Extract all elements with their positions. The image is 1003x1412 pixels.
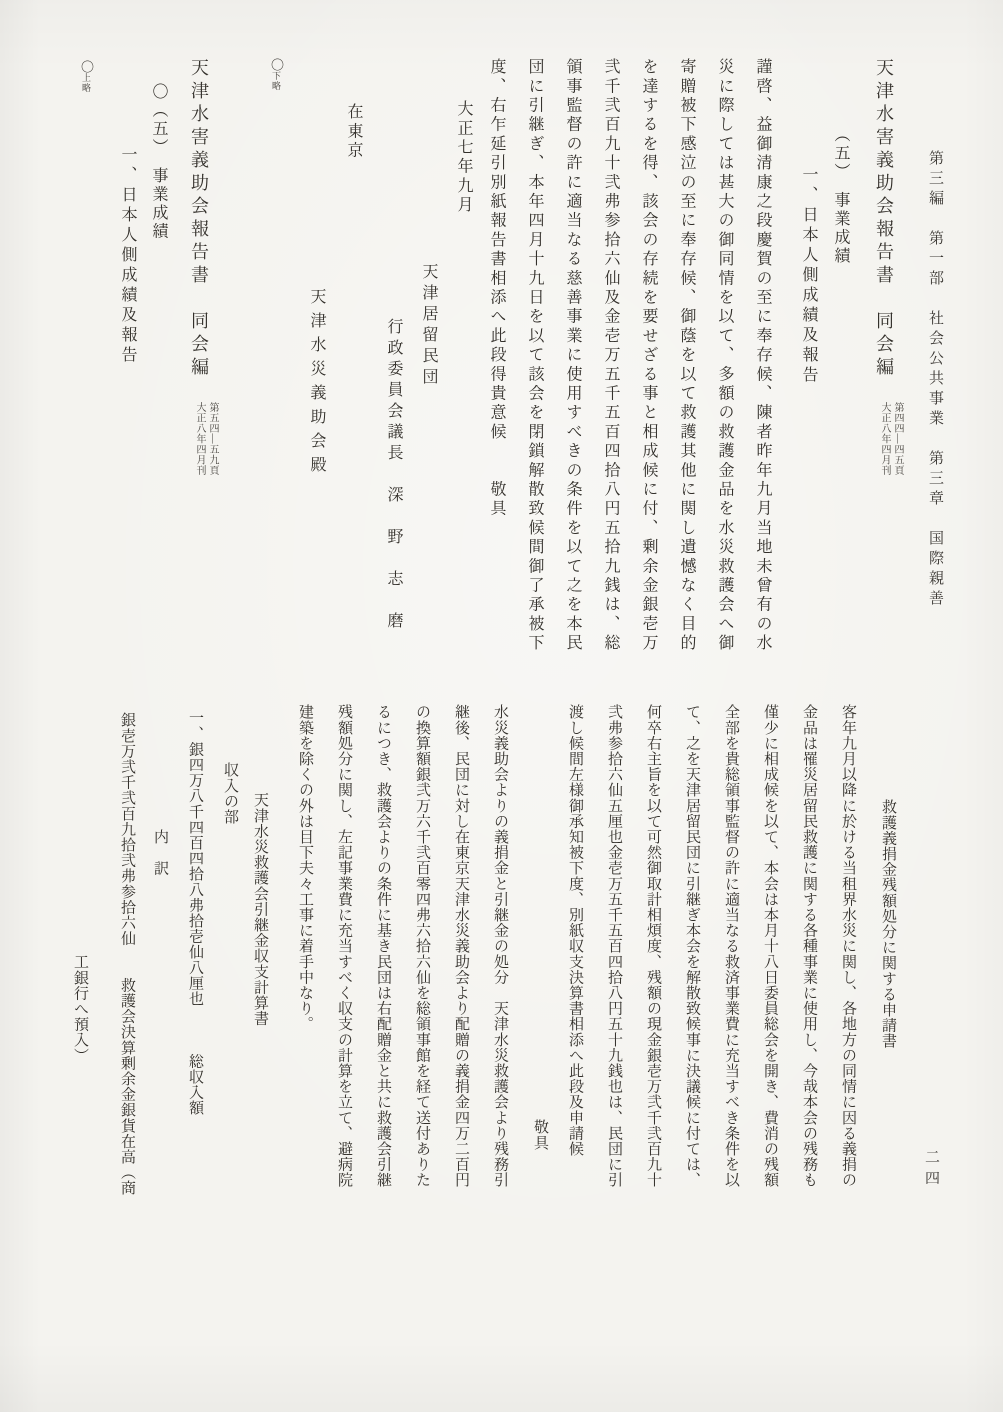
omission-label: 上略 xyxy=(81,73,91,93)
report-source-note-2: 第五四—五九頁 大正八年四月刊 xyxy=(193,402,219,476)
report-source-date-2: 大正八年四月刊 xyxy=(193,402,206,476)
application-body-line: 客年九月以降に於ける当租界水災に関し、各地方の同情に因る義捐の xyxy=(837,704,858,1264)
letter-body-line: 団に引継ぎ、本年四月十九日を以て該会を閉鎖解散致候間御了承被下 xyxy=(523,58,545,664)
report-title-text-2: 天津水害義助会報告書 同会編 xyxy=(189,58,209,380)
report-source-title: 天津水害義助会報告書 同会編 第四四—四五頁 大正八年四月刊 xyxy=(871,58,904,664)
circle-mark-icon: 〇 xyxy=(79,60,94,73)
bottom-document: 二四 救護義捐金残額処分に関する申請書 客年九月以降に於ける当租界水災に関し、各… xyxy=(69,704,941,1264)
letter-body-line: 弐千弐百九十弐弗参拾六仙及金壱万五千五百四拾八円五拾九銭は、総 xyxy=(599,58,621,664)
top-document: 第三編 第一部 社会公共事業 第三章 国際親善 天津水害義助会報告書 同会編 第… xyxy=(79,58,947,664)
sender-organization: 天津居留民団 xyxy=(417,58,439,664)
disposition-body-line: 継後、民団に対し在東京天津水災義助会より配贈の義捐金四万二百円 xyxy=(450,704,471,1264)
disposition-body-line: 残額処分に関し、左記事業費に充当すべく収支の計算を立て、避病院 xyxy=(333,704,354,1264)
letter-date: 大正七年九月 xyxy=(452,58,474,664)
application-body-line: 弐弗参拾六仙五厘也金壱万五千五百四拾八円五十九銭也は、民団に引 xyxy=(603,704,624,1264)
income-section-label: 収入の部 xyxy=(219,704,240,1264)
letter-body-line: を達するを得、該会の存続を要せざる事と相成候に付、剰余金銀壱万 xyxy=(637,58,659,664)
sender-name: 行政委員会議長 深 野 志 磨 xyxy=(382,58,404,664)
application-body-line: 金品は罹災居留民救護に関する各種事業に使用し、今哉本会の残務も xyxy=(798,704,819,1264)
letter-body-line: 度、右乍延引別紙報告書相添へ此段得貴意候 敬具 xyxy=(485,58,507,664)
letter-body-line: 寄贈被下感泣の至に奉存候、御蔭を以て救護其他に関し遺憾なく目的 xyxy=(675,58,697,664)
addressee-name: 天津水災義助会殿 xyxy=(305,58,327,664)
report-source-pages-2: 第五四—五九頁 xyxy=(206,402,219,476)
letter-body-line: 災に際しては甚大の御同情を以て、多額の救護金品を水災救護会へ御 xyxy=(713,58,735,664)
statement-heading: 天津水災救護会引継金収支計算書 xyxy=(249,704,270,1264)
addressee-location: 在東京 xyxy=(342,58,364,664)
application-body-line: 僅少に相成候を以て、本会は本月十八日委員総会を開き、費消の残額 xyxy=(759,704,780,1264)
application-body-line: て、之を天津居留民団に引継ぎ本会を解散致候事に決議候に付ては、 xyxy=(681,704,702,1264)
report-source-date: 大正八年四月刊 xyxy=(878,402,891,476)
scanned-document-page: 第三編 第一部 社会公共事業 第三章 国際親善 天津水害義助会報告書 同会編 第… xyxy=(0,0,1003,1412)
circle-mark-icon: 〇 xyxy=(269,58,284,71)
report-source-note: 第四四—四五頁 大正八年四月刊 xyxy=(878,402,904,476)
breakdown-label: 内 訳 xyxy=(149,704,170,1264)
income-total-line: 一、銀四万八千四百四拾八弗拾壱仙八厘也 総収入額 xyxy=(184,704,205,1264)
report-source-title-2: 天津水害義助会報告書 同会編 第五四—五九頁 大正八年四月刊 xyxy=(186,58,219,664)
report-title-text: 天津水害義助会報告書 同会編 xyxy=(874,58,894,380)
closing-salutation: 敬具 xyxy=(529,704,550,1264)
section-heading: （五） 事業成績 xyxy=(829,58,851,664)
application-heading: 救護義捐金残額処分に関する申請書 xyxy=(877,704,898,1264)
application-body-line: 全部を貴総領事監督の許に適当なる救済事業費に充当すべき条件を以 xyxy=(720,704,741,1264)
letter-body-line: 領事監督の許に適当なる慈善事業に使用すべきの条件を以て之を本民 xyxy=(561,58,583,664)
omission-label: 下略 xyxy=(271,71,281,91)
application-body-line: 何卒右主旨を以て可然御取計相煩度、残額の現金銀壱万弐千弐百九十 xyxy=(642,704,663,1264)
subsection-heading: 一、日本人側成績及報告 xyxy=(797,58,819,664)
edition-header: 第三編 第一部 社会公共事業 第三章 国際親善 xyxy=(923,58,947,664)
disposition-body-line: 水災義助会よりの義捐金と引継金の処分 天津水災救護会より残務引 xyxy=(489,704,510,1264)
application-body-line: 渡し候間左様御承知被下度、別紙収支決算書相添へ此段及申請候 xyxy=(564,704,585,1264)
omission-mark-lower: 〇下略 xyxy=(269,58,283,664)
letter-body-line: 謹啓、益御清康之段慶賀の至に奉存候、陳者昨年九月当地未曾有の水 xyxy=(751,58,773,664)
disposition-body-line: るにつき、救護会よりの条件に基き民団は右配贈金と共に救護会引継 xyxy=(372,704,393,1264)
disposition-body-line: の換算額銀弐万六千弐百零四弗六拾六仙を総領事館を経て送付ありた xyxy=(411,704,432,1264)
omission-mark-upper: 〇上略 xyxy=(79,58,93,664)
section-heading-2: 〇（五） 事業成績 xyxy=(147,58,169,664)
subsection-heading-2: 一、日本人側成績及報告 xyxy=(116,58,138,664)
disposition-body-line: 建築を除くの外は目下夫々工事に着手中なり。 xyxy=(294,704,315,1264)
breakdown-line: 銀壱万弐千弐百九拾弐弗参拾六仙 救護会決算剰余金銀貨在高（商 xyxy=(116,704,137,1264)
report-source-pages: 第四四—四五頁 xyxy=(891,402,904,476)
page-number: 二四 xyxy=(921,704,941,1264)
breakdown-line-continuation: 工銀行へ預入） xyxy=(69,704,90,1264)
